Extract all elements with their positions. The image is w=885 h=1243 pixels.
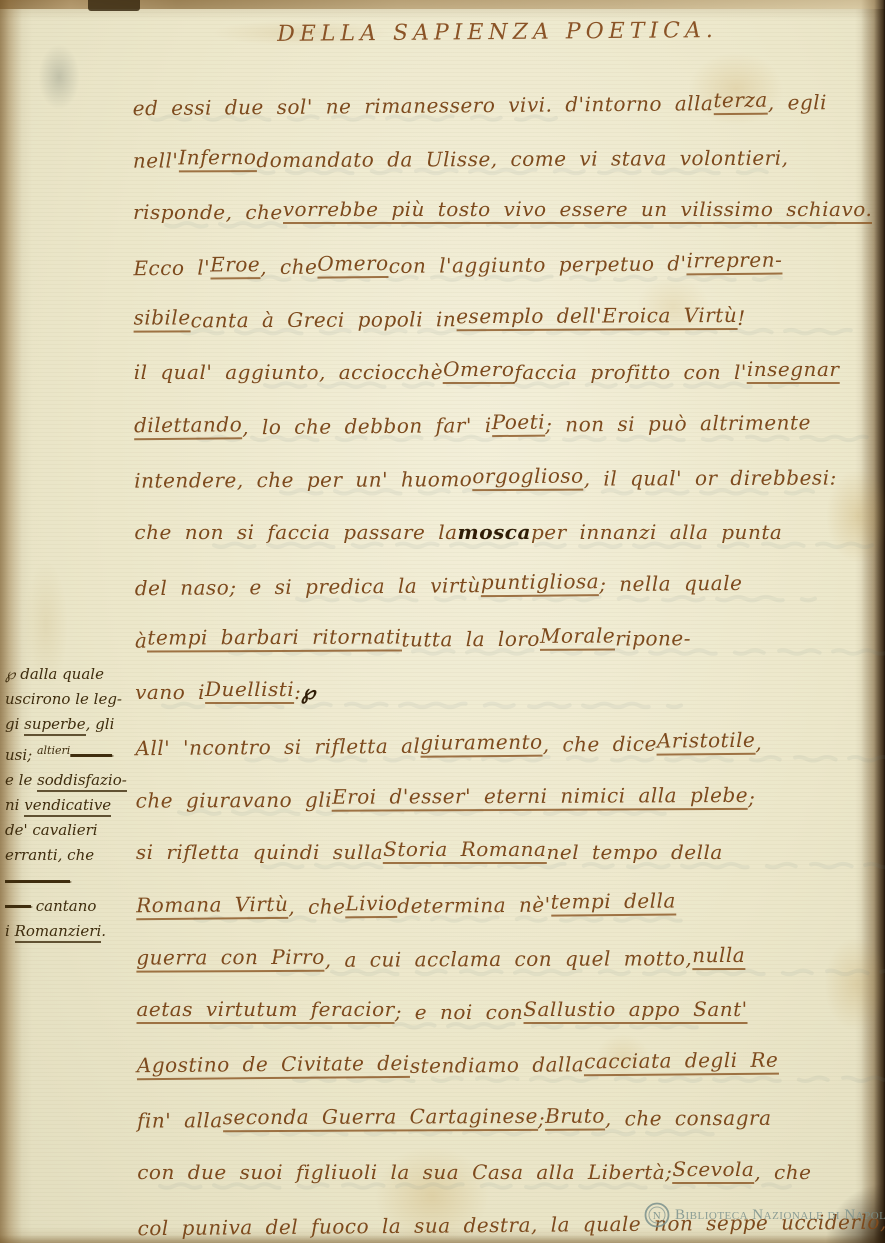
text-segment: vorrebbe più tosto vivo essere un viliss… — [283, 197, 873, 224]
text-segment: nulla — [692, 943, 745, 970]
binding-mark — [88, 0, 140, 11]
text-segment: ! — [737, 306, 746, 330]
margin-note-line: de' cavalieri — [5, 818, 133, 843]
margin-note-line: erranti, che — [5, 843, 133, 868]
manuscript-page: DELLA SAPIENZA POETICA. ed essi due sol'… — [0, 0, 885, 1243]
text-segment: Eroi d'esser' eterni nimici alla plebe — [332, 783, 748, 812]
margin-note-line: i Romanzieri. — [5, 919, 133, 944]
text-segment: Eroe — [210, 252, 260, 279]
text-segment: Sallustio appo Sant' — [523, 997, 747, 1024]
text-segment: ℘ dalla quale — [5, 665, 104, 683]
text-segment: uscirono le leg- — [5, 690, 122, 708]
text-segment: , che consagra — [605, 1106, 772, 1131]
text-segment: , che dice — [543, 732, 657, 757]
manuscript-line: guerra con Pirro, a cui acclama con quel… — [136, 916, 871, 973]
text-segment: per innanzi alla punta — [531, 520, 782, 544]
margin-note: ℘ dalla qualeuscirono le leg-gi superbe,… — [5, 662, 133, 944]
text-segment: determina nè' — [397, 893, 551, 918]
manuscript-line: il qual' aggiunto, acciocchè Omero facci… — [134, 331, 869, 384]
text-segment: esemplo dell'Eroica Virtù — [456, 303, 737, 331]
text-segment: ; e noi con — [395, 1000, 524, 1024]
text-segment: superbe — [24, 715, 86, 736]
manuscript-line: con due suoi figliuoli la sua Casa alla … — [137, 1131, 872, 1184]
text-segment: del naso; e si predica la virtù — [135, 574, 481, 601]
text-segment: insegnar — [747, 357, 840, 384]
text-segment: Agostino de Civitate dei — [137, 1051, 410, 1080]
text-segment: Bruto — [545, 1103, 605, 1130]
text-segment: che giuravano gli — [136, 788, 333, 813]
manuscript-body: ed essi due sol' ne rimanessero vivi. d'… — [132, 62, 872, 1239]
text-segment: Storia Romana — [383, 837, 546, 864]
manuscript-line: à tempi barbari ritornati tutta la loro … — [135, 596, 870, 653]
text-segment: tutta la loro — [401, 627, 540, 652]
manuscript-line: vano i Duellisti: ℘ — [135, 651, 870, 704]
manuscript-line: che giuravano gli Eroi d'esser' eterni n… — [135, 756, 870, 813]
text-segment: tempi barbari ritornati — [147, 624, 401, 652]
text-segment: Omero — [317, 251, 389, 279]
stain — [38, 44, 80, 110]
text-segment: . — [101, 922, 106, 940]
text-segment: nel tempo della — [546, 840, 722, 864]
text-segment: fin' alla — [137, 1108, 223, 1132]
text-segment: gi — [5, 715, 24, 733]
text-segment: i — [5, 922, 15, 940]
text-segment: Ecco l' — [133, 256, 210, 281]
text-segment: faccia profitto con l' — [514, 360, 746, 384]
text-segment: cacciata degli Re — [584, 1048, 778, 1077]
text-segment: guerra con Pirro — [136, 945, 325, 973]
text-segment: seconda Guerra Cartaginese — [223, 1104, 538, 1132]
text-segment: risponde, che — [133, 200, 283, 224]
text-segment: puntigliosa — [481, 570, 600, 598]
text-segment: Inferno — [178, 145, 256, 172]
text-segment: Livio — [345, 891, 397, 918]
text-segment: erranti, che — [5, 846, 94, 864]
manuscript-line: ed essi due sol' ne rimanessero vivi. d'… — [132, 61, 867, 121]
text-segment: il qual' aggiunto, acciocchè — [134, 360, 443, 384]
text-segment: ripone- — [615, 626, 691, 650]
text-segment: vano i — [135, 680, 205, 704]
text-segment: stendiamo dalla — [410, 1053, 585, 1079]
manuscript-line: risponde, che vorrebbe più tosto vivo es… — [133, 171, 868, 224]
text-segment: che non si faccia passare la — [134, 520, 457, 544]
text-segment: ℘ — [301, 680, 315, 704]
text-segment: soddisfazio- — [37, 771, 127, 792]
manuscript-line: sibile canta à Greci popoli in esemplo d… — [133, 276, 868, 333]
text-segment: de' cavalieri — [5, 821, 98, 839]
monogram-letter: N — [653, 1210, 661, 1222]
text-segment: , egli — [768, 90, 827, 115]
text-segment: altieri — [37, 744, 70, 757]
watermark-text: Biblioteca Nazionale di Napoli — [675, 1207, 885, 1224]
text-segment: , il qual' or direbbesi: — [584, 465, 837, 490]
manuscript-line: fin' alla seconda Guerra Cartaginese; Br… — [137, 1076, 872, 1133]
text-segment: ; — [748, 786, 755, 810]
manuscript-line: nell' Inferno domandato da Ulisse, come … — [133, 116, 868, 173]
library-monogram-icon: N — [644, 1202, 670, 1228]
text-segment: tempi della — [551, 889, 676, 917]
manuscript-line: del naso; e si predica la virtù puntigli… — [134, 541, 869, 601]
text-segment: Poeti — [492, 410, 546, 437]
text-segment: canta à Greci popoli in — [191, 307, 457, 332]
manuscript-line: dilettando, lo che debbon far' i Poeti; … — [134, 381, 869, 441]
text-segment: Romanzieri — [15, 922, 102, 943]
text-segment: domandato da Ulisse, come vi stava volon… — [256, 145, 788, 171]
text-segment: —— — [5, 897, 31, 915]
margin-note-line: ————— — [5, 869, 133, 894]
text-segment: intendere, che per un' huomo — [134, 467, 472, 492]
text-segment: Omero — [443, 357, 514, 384]
manuscript-line: intendere, che per un' huomo orgoglioso,… — [134, 436, 869, 493]
manuscript-line: All' 'ncontro si rifletta al giuramento,… — [135, 701, 870, 761]
text-segment: cantano — [31, 897, 96, 915]
text-segment: , a cui acclama con quel motto, — [325, 946, 693, 972]
margin-note-line: gi superbe, gli — [5, 712, 133, 737]
margin-note-line: uscirono le leg- — [5, 687, 133, 712]
margin-note-line: —— cantano — [5, 894, 133, 919]
text-segment: ; nella quale — [599, 571, 742, 596]
text-segment: Morale — [540, 623, 615, 650]
manuscript-line: che non si faccia passare la mosca per i… — [134, 491, 869, 544]
text-segment: , gli — [86, 715, 115, 733]
page-left-edge — [0, 0, 22, 1243]
manuscript-line: aetas virtutum feracior; e noi con Sallu… — [137, 971, 872, 1024]
text-segment: , — [755, 731, 762, 755]
manuscript-line: si rifletta quindi sulla Storia Romana n… — [136, 811, 871, 864]
manuscript-line: Romana Virtù, che Livio determina nè' te… — [136, 861, 871, 921]
text-segment: ————— — [5, 872, 70, 890]
text-segment: Scevola — [672, 1157, 754, 1184]
text-segment: irrepren- — [686, 248, 782, 276]
page-title: DELLA SAPIENZA POETICA. — [135, 17, 860, 48]
text-segment: sibile — [133, 305, 190, 332]
text-segment: Romana Virtù — [136, 892, 288, 920]
margin-note-line: ni vendicative — [5, 793, 133, 818]
text-segment: , che — [260, 255, 317, 279]
text-segment: giuramento — [420, 730, 543, 758]
text-segment: ——— — [70, 746, 112, 764]
text-segment: si rifletta quindi sulla — [136, 840, 383, 864]
text-segment: ni — [5, 796, 24, 814]
text-segment: mosca — [458, 520, 531, 544]
text-segment: nell' — [133, 148, 179, 172]
text-segment: à — [135, 628, 148, 652]
text-segment: con l'aggiunto perpetuo d' — [389, 252, 687, 279]
text-segment: usi; — [5, 746, 37, 764]
margin-note-line: usi; altieri ——— — [5, 738, 133, 768]
library-watermark: N Biblioteca Nazionale di Napoli — [644, 1202, 885, 1228]
text-segment: aetas virtutum feracior — [137, 997, 395, 1024]
manuscript-line: Ecco l'Eroe, che Omero con l'aggiunto pe… — [133, 221, 868, 281]
text-segment: ; non si può altrimente — [545, 411, 811, 437]
manuscript-line: Agostino de Civitate dei stendiamo dalla… — [137, 1021, 872, 1081]
text-segment: Aristotile — [657, 728, 756, 756]
text-segment: All' 'ncontro si rifletta al — [135, 734, 420, 760]
text-segment: terza — [713, 88, 768, 115]
text-segment: orgoglioso — [472, 463, 584, 490]
margin-note-line: ℘ dalla quale — [5, 662, 133, 687]
text-segment: vendicative — [24, 796, 111, 817]
margin-note-line: e le soddisfazio- — [5, 768, 133, 793]
text-segment: Duellisti — [205, 677, 294, 704]
text-segment: , che — [288, 895, 345, 919]
text-segment: dilettando — [134, 413, 242, 441]
text-segment: e le — [5, 771, 37, 789]
text-segment: , lo che debbon far' i — [242, 413, 492, 439]
text-segment: con due suoi figliuoli la sua Casa alla … — [137, 1160, 672, 1184]
